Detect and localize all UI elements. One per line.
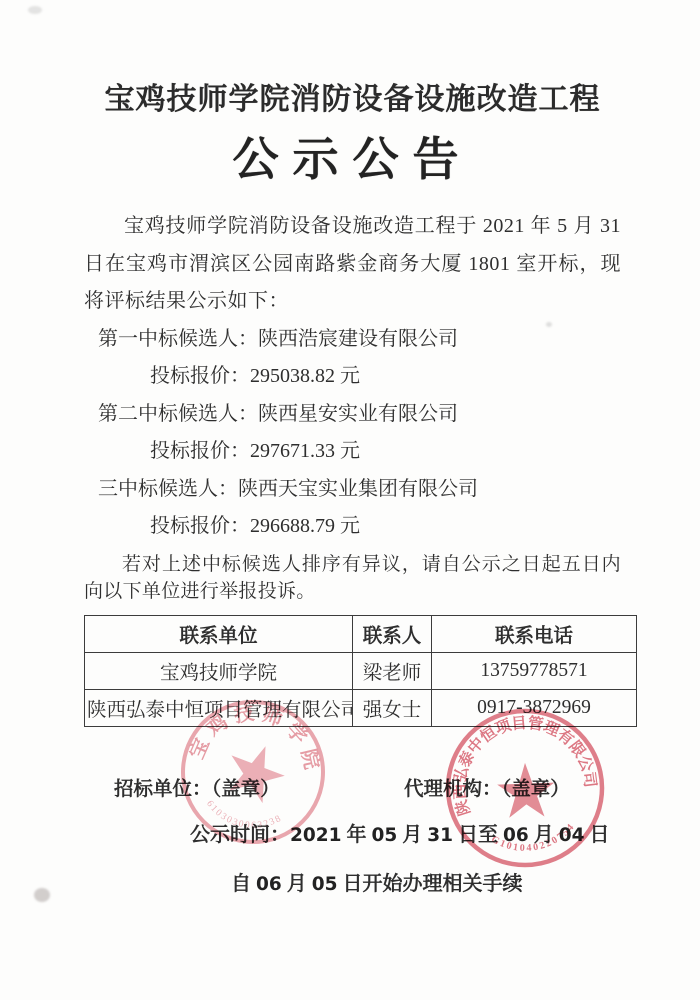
end-month: 06 (503, 825, 529, 846)
scan-artifact (28, 6, 42, 14)
header-contact-unit: 联系单位 (85, 615, 353, 652)
contact-unit-cell: 宝鸡技师学院 (85, 652, 353, 689)
header-contact-phone: 联系电话 (432, 615, 637, 652)
bid-price-value: 297671.33 元 (250, 440, 360, 462)
contact-person-cell: 强女士 (353, 689, 432, 726)
until-text: 日至 (453, 824, 503, 846)
tender-unit-signature-label: 招标单位：（盖章） (114, 773, 280, 801)
candidate-company: 陕西天宝实业集团有限公司 (238, 478, 478, 500)
contact-unit-cell: 陕西弘泰中恒项目管理有限公司 (85, 689, 353, 726)
candidate-rank-label: 第一中标候选人： (98, 328, 258, 350)
bid-price-label: 投标报价： (150, 440, 250, 462)
unit-month: 月 (529, 824, 559, 846)
start-day: 31 (427, 825, 453, 846)
project-title: 宝鸡技师学院消防设备设施改造工程 (84, 82, 621, 118)
table-row: 宝鸡技师学院 梁老师 13759778571 (85, 652, 637, 689)
contact-person-cell: 梁老师 (353, 652, 432, 689)
candidate-list: 第一中标候选人：陕西浩宸建设有限公司 投标报价：295038.82 元 第二中标… (84, 321, 621, 546)
candidate-company: 陕西浩宸建设有限公司 (258, 328, 458, 350)
start-month: 05 (372, 825, 398, 846)
bid-price-label: 投标报价： (150, 365, 250, 387)
procedure-month: 06 (256, 874, 282, 895)
from-text: 自 (231, 873, 256, 895)
bid-price-line-3: 投标报价：296688.79 元 (84, 508, 621, 546)
contact-phone-cell: 13759778571 (432, 652, 637, 689)
publicity-label: 公示时间： (190, 824, 290, 846)
intro-paragraph: 宝鸡技师学院消防设备设施改造工程于 2021 年 5 月 31 日在宝鸡市渭滨区… (84, 208, 621, 321)
unit-month: 月 (397, 824, 427, 846)
contact-phone-cell: 0917-3872969 (432, 689, 637, 726)
publicity-year: 2021 (290, 825, 342, 846)
candidate-rank-label: 三中标候选人： (98, 478, 238, 500)
complaint-paragraph: 若对上述中标候选人排序有异议，请自公示之日起五日内向以下单位进行举报投诉。 (84, 551, 621, 606)
candidate-line-3: 三中标候选人：陕西天宝实业集团有限公司 (84, 471, 621, 509)
candidate-company: 陕西星安实业有限公司 (258, 403, 458, 425)
announcement-title: 公示公告 (84, 132, 621, 188)
bid-price-line-1: 投标报价：295038.82 元 (84, 358, 621, 396)
table-header-row: 联系单位 联系人 联系电话 (85, 615, 637, 652)
scan-artifact (34, 888, 50, 902)
candidate-line-2: 第二中标候选人：陕西星安实业有限公司 (84, 396, 621, 434)
bid-price-line-2: 投标报价：297671.33 元 (84, 433, 621, 471)
bid-price-label: 投标报价： (150, 515, 250, 537)
publicity-period-line: 公示时间：2021 年 05 月 31 日至 06 月 04 日 (84, 818, 621, 847)
candidate-rank-label: 第二中标候选人： (98, 403, 258, 425)
bid-price-value: 295038.82 元 (250, 365, 360, 387)
header-contact-person: 联系人 (353, 615, 432, 652)
contact-table: 联系单位 联系人 联系电话 宝鸡技师学院 梁老师 13759778571 陕西弘… (84, 615, 637, 727)
end-day: 04 (559, 825, 585, 846)
unit-month: 月 (282, 873, 312, 895)
bid-price-value: 296688.79 元 (250, 515, 360, 537)
signature-row: 招标单位：（盖章） 代理机构：（盖章） (84, 773, 621, 797)
agency-signature-label: 代理机构：（盖章） (404, 773, 570, 801)
procedure-line: 自 06 月 05 日开始办理相关手续 (84, 867, 621, 896)
unit-year: 年 (342, 824, 372, 846)
candidate-line-1: 第一中标候选人：陕西浩宸建设有限公司 (84, 321, 621, 359)
scanned-announcement-page: 宝鸡技师学院消防设备设施改造工程 公示公告 宝鸡技师学院消防设备设施改造工程于 … (0, 0, 700, 1000)
procedure-text: 日开始办理相关手续 (338, 873, 523, 895)
table-row: 陕西弘泰中恒项目管理有限公司 强女士 0917-3872969 (85, 689, 637, 726)
procedure-day: 05 (312, 874, 338, 895)
unit-day: 日 (585, 824, 610, 846)
